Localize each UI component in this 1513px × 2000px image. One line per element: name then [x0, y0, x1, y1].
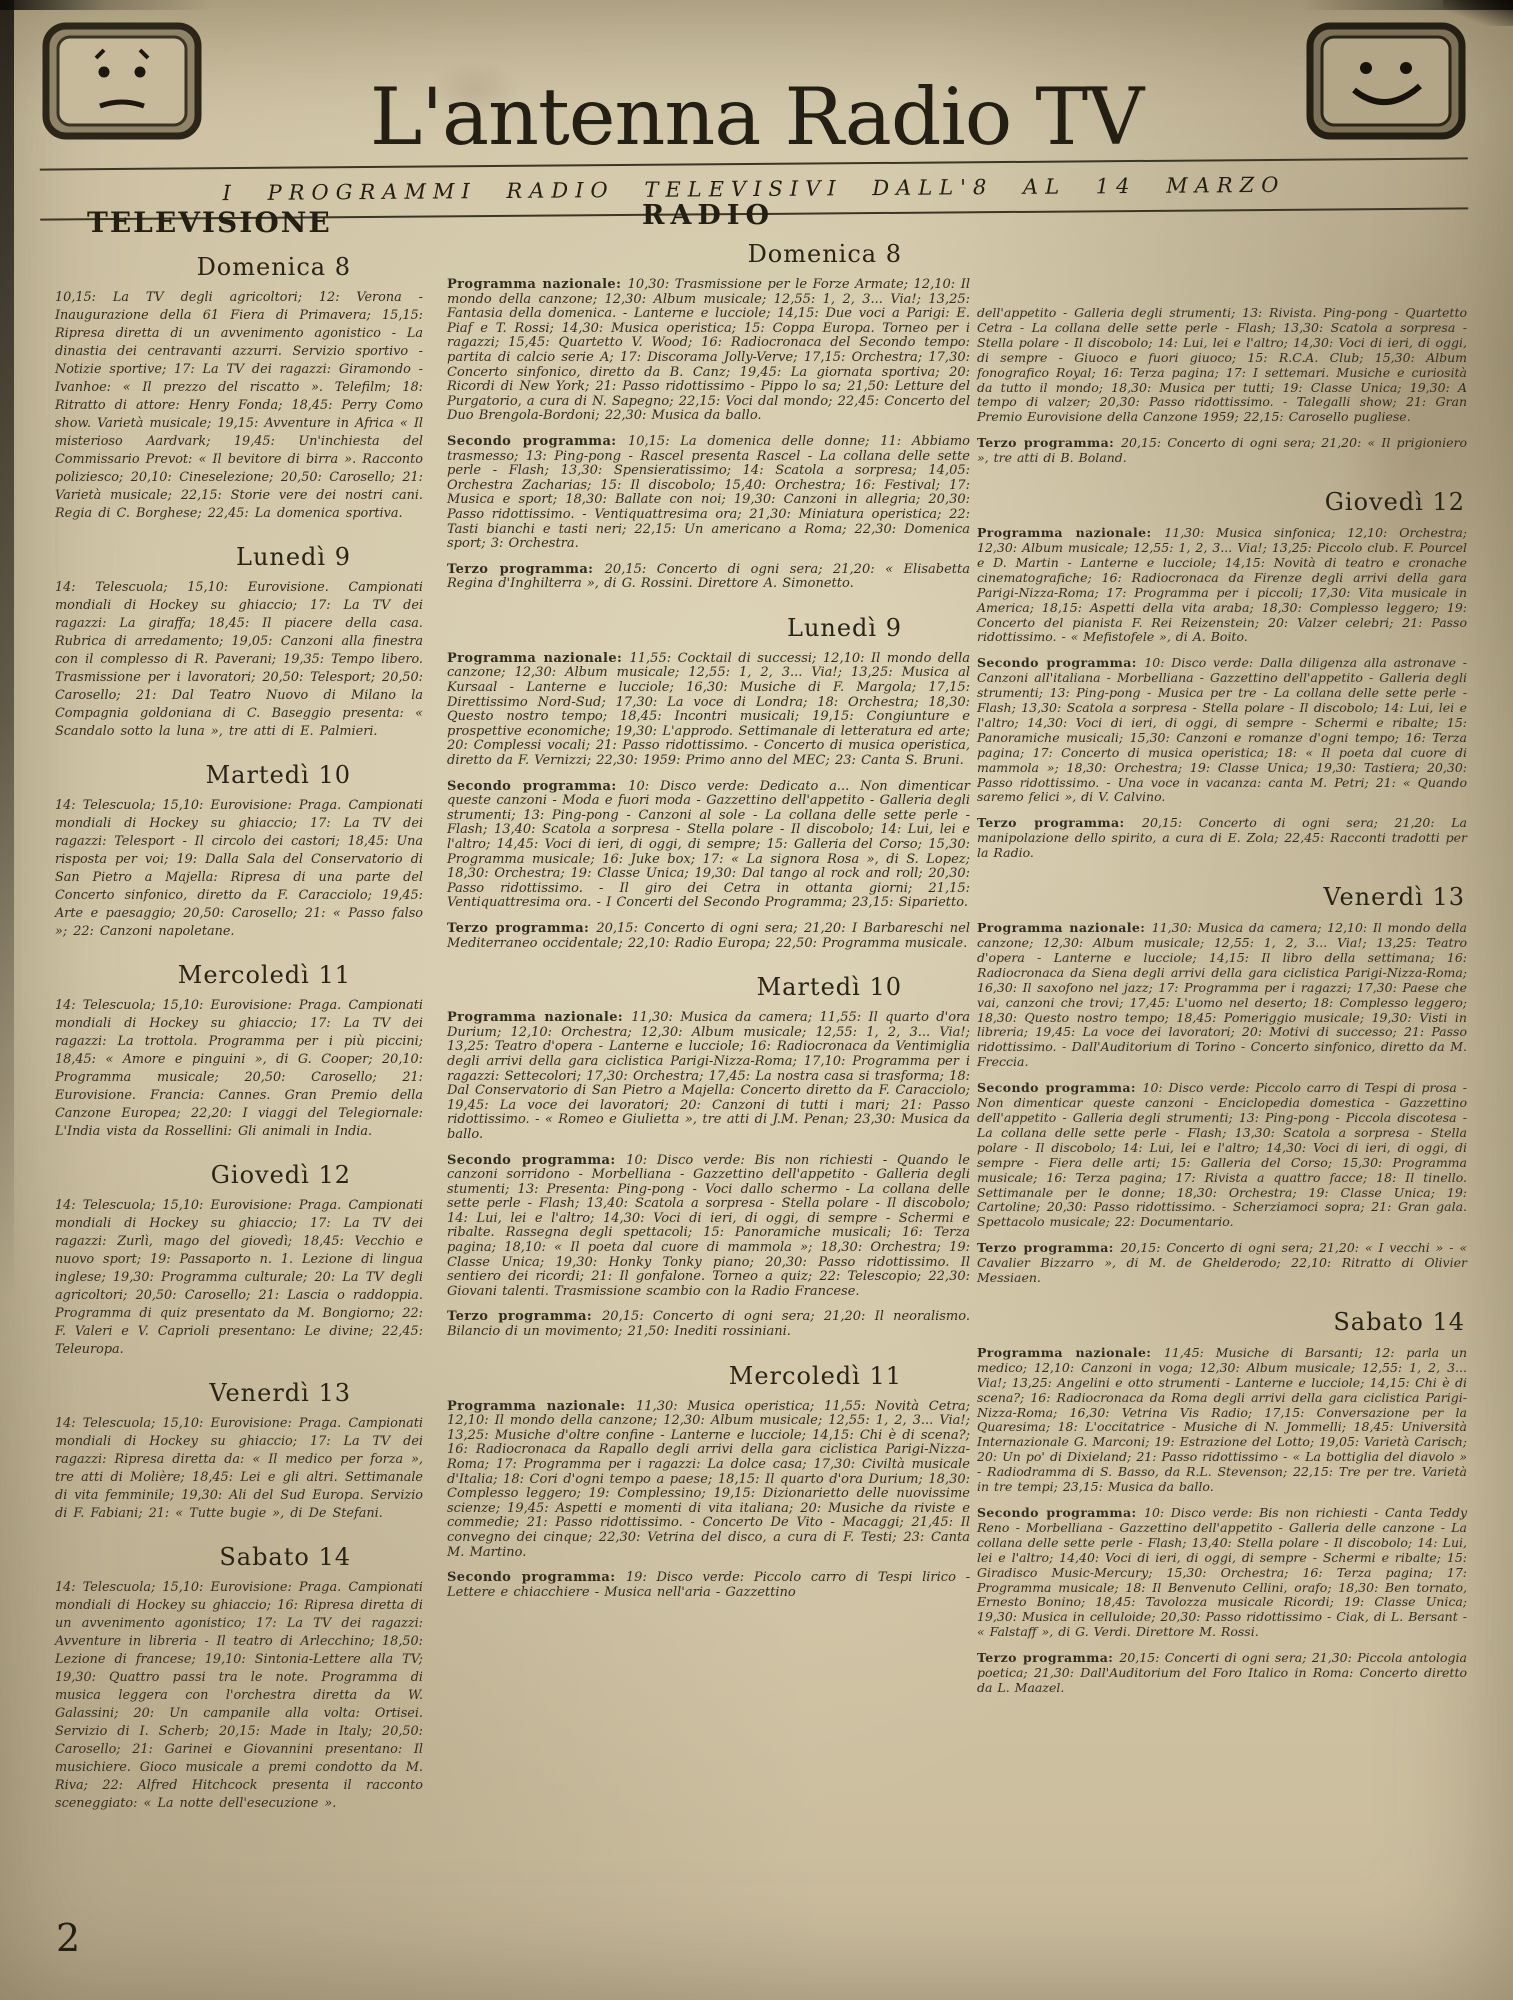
program-text: 14: Telescuola; 15,10: Eurovisione: Prag…: [55, 1198, 423, 1357]
program-text: 11,30: Musica operistica; 11,55: Novità …: [447, 1399, 970, 1560]
program-paragraph: 14: Telescuola; 15,10: Eurovisione: Prag…: [55, 797, 423, 941]
program-label: Terzo programma:: [447, 1309, 602, 1324]
day-heading: Giovedì 12: [977, 488, 1467, 516]
column-radio-1: Domenica 8Programma nazionale: 10,30: Tr…: [447, 240, 970, 1611]
program-text: 14: Telescuola; 15,10: Eurovisione. Camp…: [55, 580, 423, 739]
program-label: Secondo programma:: [977, 655, 1144, 670]
program-text: 14: Telescuola; 15,10: Eurovisione: Prag…: [55, 1580, 423, 1811]
program-paragraph: 14: Telescuola; 15,10: Eurovisione: Prag…: [55, 1579, 423, 1813]
program-paragraph: 10,15: La TV degli agricoltori; 12: Vero…: [55, 289, 423, 523]
day-heading: Sabato 14: [977, 1308, 1467, 1336]
program-paragraph: Secondo programma: 10,15: La domenica de…: [447, 435, 970, 552]
magazine-page: L'antenna Radio TV I PROGRAMMI RADIO TEL…: [0, 0, 1513, 2000]
program-paragraph: Secondo programma: 10: Disco verde: Picc…: [977, 1081, 1467, 1230]
program-label: Secondo programma:: [447, 1570, 626, 1585]
program-paragraph: 14: Telescuola; 15,10: Eurovisione: Prag…: [55, 997, 423, 1141]
program-text: 11,30: Musica sinfonica; 12,10: Orchestr…: [977, 525, 1467, 644]
day-heading: Mercoledì 11: [447, 1362, 970, 1390]
program-text: dell'appetito - Galleria degli strumenti…: [977, 305, 1467, 424]
program-paragraph: Programma nazionale: 10,30: Trasmissione…: [447, 278, 970, 424]
program-label: Programma nazionale:: [447, 277, 628, 292]
day-heading: Martedì 10: [55, 761, 423, 789]
program-text: 10: Disco verde: Bis non richiesti - Qua…: [447, 1153, 970, 1299]
program-label: Programma nazionale:: [977, 920, 1152, 935]
program-text: 11,30: Musica da camera; 11,55: Il quart…: [447, 1010, 970, 1142]
program-paragraph: Terzo programma: 20,15: Concerto di ogni…: [977, 816, 1467, 861]
program-label: Terzo programma:: [977, 815, 1142, 830]
program-paragraph: Terzo programma: 20,15: Concerti di ogni…: [977, 1651, 1467, 1696]
program-text: 14: Telescuola; 15,10: Eurovisione: Prag…: [55, 1416, 423, 1521]
program-label: Secondo programma:: [447, 1153, 626, 1168]
program-paragraph: Programma nazionale: 11,30: Musica da ca…: [977, 921, 1467, 1070]
program-label: Secondo programma:: [447, 779, 628, 794]
page-number: 2: [56, 1916, 80, 1960]
program-text: 14: Telescuola; 15,10: Eurovisione: Prag…: [55, 798, 423, 939]
scan-edge-shadow-left: [0, 0, 14, 1300]
program-label: Programma nazionale:: [447, 651, 630, 666]
program-paragraph: Secondo programma: 10: Disco verde: Bis …: [977, 1506, 1467, 1640]
program-label: Secondo programma:: [447, 434, 628, 449]
program-paragraph: Programma nazionale: 11,55: Cocktail di …: [447, 652, 970, 769]
section-heading-televisione: TELEVISIONE: [87, 206, 423, 239]
program-text: 10,15: La TV degli agricoltori; 12: Vero…: [55, 290, 423, 521]
program-paragraph: 14: Telescuola; 15,10: Eurovisione. Camp…: [55, 579, 423, 741]
tv-day-list: Domenica 810,15: La TV degli agricoltori…: [55, 253, 423, 1813]
program-text: 10,30: Trasmissione per le Forze Armate;…: [447, 277, 970, 423]
program-label: Programma nazionale:: [447, 1010, 631, 1025]
program-paragraph: Secondo programma: 10: Disco verde: Dall…: [977, 656, 1467, 805]
masthead: L'antenna Radio TV: [0, 0, 1513, 150]
day-heading: Lunedì 9: [447, 614, 970, 642]
day-heading: Sabato 14: [55, 1543, 423, 1571]
day-heading: Lunedì 9: [55, 543, 423, 571]
program-paragraph: Programma nazionale: 11,30: Musica sinfo…: [977, 526, 1467, 645]
program-paragraph: 14: Telescuola; 15,10: Eurovisione: Prag…: [55, 1197, 423, 1359]
program-label: Terzo programma:: [977, 1240, 1120, 1255]
program-text: 11,55: Cocktail di successi; 12,10: Il m…: [447, 651, 970, 768]
program-paragraph: Programma nazionale: 11,45: Musiche di B…: [977, 1346, 1467, 1495]
program-paragraph: Terzo programma: 20,15: Concerto di ogni…: [447, 563, 970, 592]
day-heading: Domenica 8: [55, 253, 423, 281]
day-heading: Domenica 8: [447, 240, 970, 268]
program-paragraph: 14: Telescuola; 15,10: Eurovisione: Prag…: [55, 1415, 423, 1523]
day-heading: Venerdì 13: [55, 1379, 423, 1407]
program-label: Secondo programma:: [977, 1080, 1143, 1095]
program-text: 10: Disco verde: Dedicato a... Non dimen…: [447, 779, 970, 911]
program-paragraph: Terzo programma: 20,15: Concerto di ogni…: [977, 1241, 1467, 1286]
program-text: 10: Disco verde: Dalla diligenza alla as…: [977, 655, 1467, 804]
day-heading: Venerdì 13: [977, 883, 1467, 911]
program-paragraph: Secondo programma: 10: Disco verde: Dedi…: [447, 780, 970, 911]
program-paragraph: Terzo programma: 20,15: Concerto di ogni…: [447, 1310, 970, 1339]
day-heading: Martedì 10: [447, 973, 970, 1001]
program-text: 11,45: Musiche di Barsanti; 12: parla un…: [977, 1345, 1467, 1494]
program-text: 11,30: Musica da camera; 12,10: Il mondo…: [977, 920, 1467, 1069]
day-heading: Mercoledì 11: [55, 961, 423, 989]
day-heading: Giovedì 12: [55, 1161, 423, 1189]
program-label: Programma nazionale:: [447, 1399, 636, 1414]
program-label: Terzo programma:: [977, 435, 1121, 450]
program-paragraph: Terzo programma: 20,15: Concerto di ogni…: [977, 436, 1467, 466]
program-paragraph: Secondo programma: 10: Disco verde: Bis …: [447, 1154, 970, 1300]
program-label: Programma nazionale:: [977, 525, 1164, 540]
program-label: Terzo programma:: [447, 921, 596, 936]
program-paragraph: Programma nazionale: 11,30: Musica operi…: [447, 1400, 970, 1561]
program-label: Programma nazionale:: [977, 1345, 1164, 1360]
column-radio-2: dell'appetito - Galleria degli strumenti…: [977, 240, 1467, 1707]
program-paragraph: Secondo programma: 19: Disco verde: Picc…: [447, 1571, 970, 1600]
program-label: Terzo programma:: [977, 1650, 1119, 1665]
program-paragraph: dell'appetito - Galleria degli strumenti…: [977, 306, 1467, 425]
program-text: 10: Disco verde: Piccolo carro di Tespi …: [977, 1080, 1467, 1229]
program-paragraph: Programma nazionale: 11,30: Musica da ca…: [447, 1011, 970, 1142]
program-text: 14: Telescuola; 15,10: Eurovisione: Prag…: [55, 998, 423, 1139]
page-title: L'antenna Radio TV: [0, 71, 1513, 163]
program-label: Secondo programma:: [977, 1505, 1144, 1520]
program-paragraph: Terzo programma: 20,15: Concerto di ogni…: [447, 922, 970, 951]
column-televisione: TELEVISIONE Domenica 810,15: La TV degli…: [55, 206, 423, 1822]
tv-face-smile-icon: [1306, 22, 1466, 140]
section-heading-radio: RADIO: [447, 200, 970, 231]
program-label: Terzo programma:: [447, 562, 605, 577]
program-text: 10,15: La domenica delle donne; 11: Abbi…: [447, 434, 970, 551]
program-text: 10: Disco verde: Bis non richiesti - Can…: [977, 1505, 1467, 1639]
